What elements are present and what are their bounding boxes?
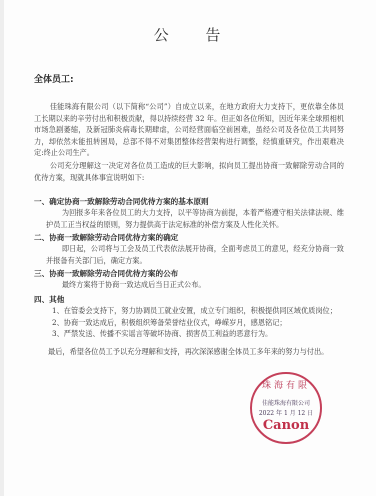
seal-company-name: 佳能珠海有限公司 <box>252 398 320 407</box>
canon-logo: Canon <box>252 418 320 433</box>
section-1-heading: 一、确定协商一致解除劳动合同优待方案的基本原则 <box>34 196 209 207</box>
section-2-heading: 二、协商一致解除劳动合同优待方案的确定 <box>34 232 178 243</box>
section-3-heading: 三、协商一致解除劳动合同优待方案的公布 <box>34 268 178 279</box>
seal-top-text: 珠海有限 <box>252 378 320 391</box>
paragraph-intro: 佳能珠海有限公司（以下简称“公司”）自成立以来，在地方政府大力支持下，更依靠全体… <box>34 101 344 159</box>
section-4-list: 1、在管委会支持下，努力协调员工就业安置，成立专门组织，积极提供同区域优质岗位；… <box>52 305 352 340</box>
list-item: 2、协商一致达成后，积极组织筹备荣誉结业仪式，峥嵘岁月，感恩铭记； <box>52 317 352 329</box>
section-1-body: 为回报多年来各位员工的大力支持，以平等协商为前提，本着严格遵守相关法律法规、维护… <box>46 207 344 230</box>
seal-date: 2022 年 1 月 12 日 <box>252 408 320 417</box>
list-item: 3、严禁发送、传播不实谣言等破坏协商、损害员工利益的恶意行为。 <box>52 328 352 340</box>
closing-paragraph: 最后，希望各位员工予以充分理解和支持，再次深深感谢全体员工多年来的努力与付出。 <box>48 346 358 358</box>
section-3-body: 最终方案将于协商一致达成后当日正式公布。 <box>46 279 344 291</box>
document-title: 公 告 <box>0 24 376 45</box>
greeting: 全体员工: <box>34 72 74 85</box>
page-edge-shadow <box>0 0 4 496</box>
company-seal: 珠海有限 佳能珠海有限公司 2022 年 1 月 12 日 Canon <box>250 372 322 444</box>
section-2-body: 即日起，公司将与工会及员工代表依法展开协商，全面考虑员工的意见，经充分协商一致并… <box>46 243 344 266</box>
list-item: 1、在管委会支持下，努力协调员工就业安置，成立专门组织，积极提供同区域优质岗位； <box>52 305 352 317</box>
section-4-heading: 四、其他 <box>34 294 64 305</box>
paragraph-decision: 公司充分理解这一决定对各位员工造成的巨大影响，拟向员工提出协商一致解除劳动合同的… <box>34 160 344 183</box>
